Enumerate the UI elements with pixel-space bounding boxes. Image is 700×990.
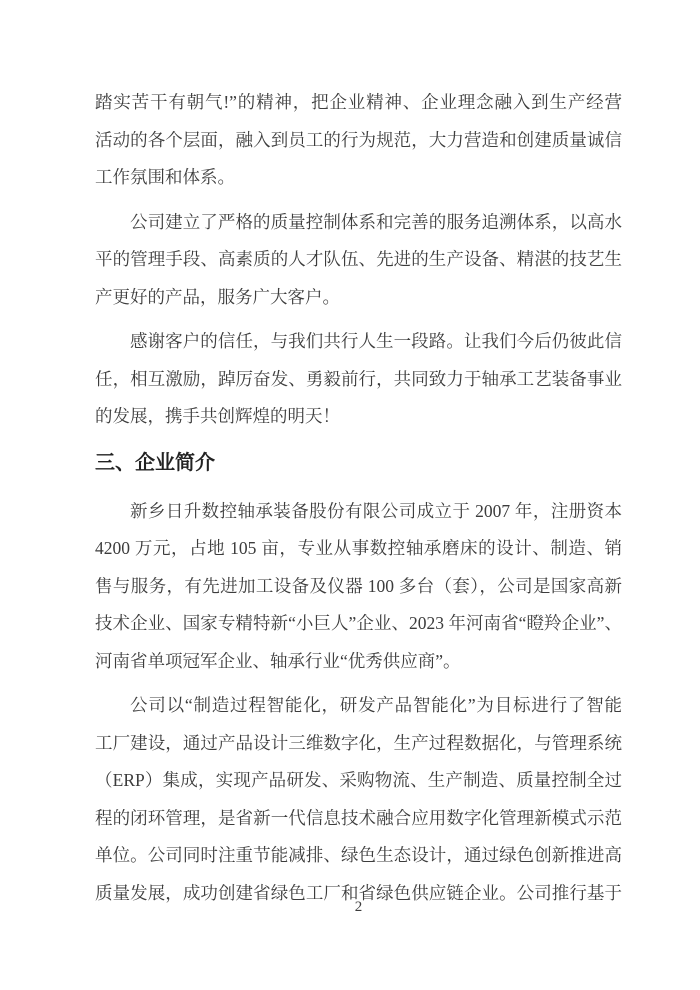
text-line: 工作氛围和体系。 bbox=[95, 159, 622, 197]
document-body: 踏实苦干有朝气!”的精神，把企业精神、企业理念融入到生产经营 活动的各个层面，融… bbox=[95, 84, 622, 919]
text-line: 程的闭环管理，是省新一代信息技术融合应用数字化管理新模式示范 bbox=[95, 800, 622, 838]
paragraph: 公司建立了严格的质量控制体系和完善的服务追溯体系，以高水 平的管理手段、高素质的… bbox=[95, 204, 622, 317]
paragraph: 踏实苦干有朝气!”的精神，把企业精神、企业理念融入到生产经营 活动的各个层面，融… bbox=[95, 84, 622, 197]
text-line: 技术企业、国家专精特新“小巨人”企业、2023 年河南省“瞪羚企业”、 bbox=[95, 605, 622, 643]
text-line: 工厂建设，通过产品设计三维数字化，生产过程数据化，与管理系统 bbox=[95, 725, 622, 763]
text-line: 公司建立了严格的质量控制体系和完善的服务追溯体系，以高水 bbox=[95, 204, 622, 242]
section-heading: 三、企业简介 bbox=[95, 443, 622, 483]
text-line: 4200 万元，占地 105 亩，专业从事数控轴承磨床的设计、制造、销 bbox=[95, 530, 622, 568]
page-number: 2 bbox=[95, 899, 622, 915]
text-line: 公司以“制造过程智能化，研发产品智能化”为目标进行了智能 bbox=[95, 687, 622, 725]
text-line: 平的管理手段、高素质的人才队伍、先进的生产设备、精湛的技艺生 bbox=[95, 241, 622, 279]
text-line: 踏实苦干有朝气!”的精神，把企业精神、企业理念融入到生产经营 bbox=[95, 84, 622, 122]
paragraph: 感谢客户的信任，与我们共行人生一段路。让我们今后仍彼此信 任，相互激励，踔厉奋发… bbox=[95, 323, 622, 436]
paragraph: 公司以“制造过程智能化，研发产品智能化”为目标进行了智能 工厂建设，通过产品设计… bbox=[95, 687, 622, 912]
text-line: 单位。公司同时注重节能减排、绿色生态设计，通过绿色创新推进高 bbox=[95, 837, 622, 875]
text-line: 感谢客户的信任，与我们共行人生一段路。让我们今后仍彼此信 bbox=[95, 323, 622, 361]
text-line: 售与服务，有先进加工设备及仪器 100 多台（套），公司是国家高新 bbox=[95, 568, 622, 606]
document-page: 踏实苦干有朝气!”的精神，把企业精神、企业理念融入到生产经营 活动的各个层面，融… bbox=[0, 0, 700, 990]
text-line: 河南省单项冠军企业、轴承行业“优秀供应商”。 bbox=[95, 643, 622, 681]
text-line: 产更好的产品，服务广大客户。 bbox=[95, 279, 622, 317]
text-line: 活动的各个层面，融入到员工的行为规范，大力营造和创建质量诚信 bbox=[95, 122, 622, 160]
text-line: （ERP）集成，实现产品研发、采购物流、生产制造、质量控制全过 bbox=[95, 762, 622, 800]
text-line: 任，相互激励，踔厉奋发、勇毅前行，共同致力于轴承工艺装备事业 bbox=[95, 361, 622, 399]
paragraph: 新乡日升数控轴承装备股份有限公司成立于 2007 年，注册资本 4200 万元，… bbox=[95, 493, 622, 681]
text-line: 新乡日升数控轴承装备股份有限公司成立于 2007 年，注册资本 bbox=[95, 493, 622, 531]
text-line: 的发展，携手共创辉煌的明天！ bbox=[95, 398, 622, 436]
